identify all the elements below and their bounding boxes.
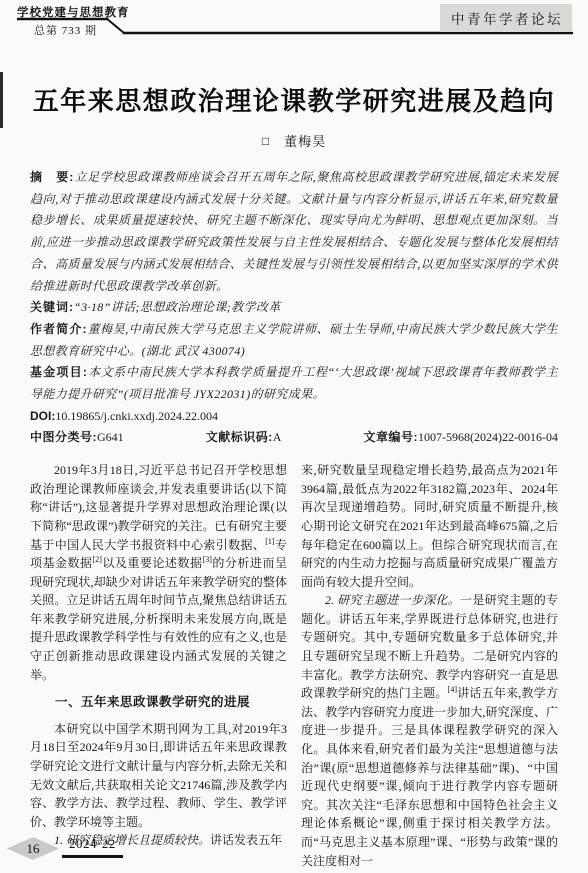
body-paragraph: 来,研究数量呈现稳定增长趋势,最高点为2021年3964篇,最低点为2022年3… [301,461,558,591]
footer-issue: 2024·22 [62,836,123,858]
page-number-diamond: 16 [7,837,59,860]
clc-item: 中图分类号:G641 [30,427,124,449]
reference-marker: [1] [265,537,274,546]
author-name: 董梅昊 [284,134,326,149]
author-marker-square: □ [262,134,270,148]
column-badge: 中青年学者论坛 [440,4,572,32]
body-paragraph: 2019年3月18日,习近平总书记召开学校思想政治理论课教师座谈会,并发表重要讲… [30,461,287,684]
clc-value: G641 [97,430,124,444]
article-id-item: 文章编号:1007-5968(2024)22-0016-04 [364,427,558,449]
page-number: 16 [27,841,40,856]
reference-marker: [4] [448,685,457,694]
fund-paragraph: 基金项目:本文系中南民族大学本科教学质量提升工程“‘大思政课’视域下思政课青年教… [30,362,558,405]
keywords-paragraph: 关键词:“3·18”讲话;思想政治理论课;教学改革 [30,297,558,319]
meta-row: 中图分类号:G641 文献标识码:A 文章编号:1007-5968(2024)2… [30,427,558,449]
fund-label: 基金项目: [30,365,88,379]
body-paragraph: 2. 研究主题进一步深化。一是研究主题的专题化。讲话五年来,学界既进行总体研究,… [301,591,558,870]
page-header: 学校党建与思想教育 总第 733 期 中青年学者论坛 [0,0,588,40]
abstract-label: 摘 要: [30,170,74,184]
body-paragraph: 本研究以中国学术期刊网为工具,对2019年3月18日至2024年9月30日,即讲… [30,720,287,832]
page-footer: 16 2024·22 [0,835,588,861]
clc-label: 中图分类号: [30,430,97,444]
abstract-paragraph: 摘 要:立足学校思政课教师座谈会召开五周年之际,聚焦高校思政课教学研究进展,锚定… [30,167,558,297]
reference-marker: [3] [203,555,212,564]
author-bio-label: 作者简介: [30,322,88,336]
journal-page: 学校党建与思想教育 总第 733 期 中青年学者论坛 五年来思想政治理论课教学研… [0,0,588,873]
frontmatter: 摘 要:立足学校思政课教师座谈会召开五周年之际,聚焦高校思政课教学研究进展,锚定… [30,167,558,449]
author-line: □董梅昊 [0,131,588,150]
section-heading: 一、五年来思政课教学研究的进展 [30,693,287,712]
numbered-point-lead: 2. 研究主题进一步深化。 [325,593,460,607]
doc-code-label: 文献标识码: [206,430,273,444]
doi-value: 10.19865/j.cnki.xxdj.2024.22.004 [55,409,218,423]
article-body: 2019年3月18日,习近平总书记召开学校思想政治理论课教师座谈会,并发表重要讲… [30,461,558,870]
left-column: 2019年3月18日,习近平总书记召开学校思想政治理论课教师座谈会,并发表重要讲… [30,461,287,870]
keywords-text: “3·18”讲话;思想政治理论课;教学改革 [74,300,281,314]
author-bio-text: 董梅昊,中南民族大学马克思主义学院讲师、硕士生导师,中南民族大学少数民族大学生思… [30,322,558,358]
doi-line: DOI:10.19865/j.cnki.xxdj.2024.22.004 [30,406,558,428]
doc-code-item: 文献标识码:A [206,427,282,449]
doi-label: DOI: [30,409,55,423]
author-bio-paragraph: 作者简介:董梅昊,中南民族大学马克思主义学院讲师、硕士生导师,中南民族大学少数民… [30,319,558,362]
issue-number: 总第 733 期 [34,22,97,38]
keywords-label: 关键词: [30,300,74,314]
fund-text: 本文系中南民族大学本科教学质量提升工程“‘大思政课’视域下思政课青年教师教学主导… [30,365,558,401]
article-id-label: 文章编号: [364,430,419,444]
scan-edge-artifact [0,72,3,128]
abstract-text: 立足学校思政课教师座谈会召开五周年之际,聚焦高校思政课教学研究进展,锚定未来发展… [30,170,558,293]
journal-name: 学校党建与思想教育 [17,4,130,20]
reference-marker: [2] [93,555,102,564]
right-column: 来,研究数量呈现稳定增长趋势,最高点为2021年3964篇,最低点为2022年3… [301,461,558,870]
doc-code-value: A [273,430,282,444]
article-id-value: 1007-5968(2024)22-0016-04 [418,430,558,444]
